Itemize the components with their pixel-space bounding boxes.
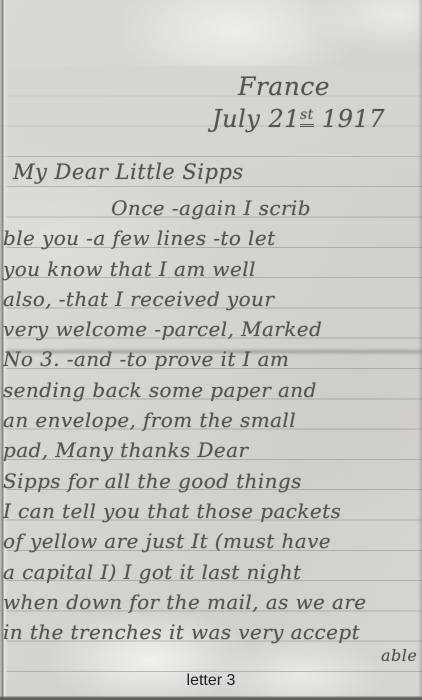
caption-text: letter 3	[0, 672, 422, 690]
letter-date-ordinal: st	[300, 107, 314, 127]
letter-line: I can tell you that those packets	[3, 496, 422, 526]
letter-line: pad, Many thanks Dear	[3, 435, 422, 465]
letter-date: July 21st 1917	[212, 105, 385, 133]
letter-line: of yellow are just It (must have	[3, 526, 422, 556]
letter-date-year: 1917	[314, 105, 385, 133]
carryover-word: able	[381, 646, 417, 665]
letter-date-day: July 21	[212, 105, 300, 133]
letter-line: ble you -a few lines -to let	[3, 223, 422, 253]
letter-line: in the trenches it was very accept	[3, 617, 422, 647]
letter-line: when down for the mail, as we are	[3, 587, 422, 617]
letter-body: Once -again I scribble you -a few lines …	[3, 193, 422, 647]
letter-salutation: My Dear Little Sipps	[13, 160, 244, 184]
letter-line: an envelope, from the small	[3, 405, 422, 435]
letter-place: France	[238, 72, 330, 101]
letter-line: sending back some paper and	[3, 375, 422, 405]
letter-line: Once -again I scrib	[3, 193, 422, 223]
letter-line: Sipps for all the good things	[3, 466, 422, 496]
letter-line: a capital I) I got it last night	[3, 557, 422, 587]
letter-line: you know that I am well	[3, 254, 422, 284]
letter-line: No 3. -and -to prove it I am	[3, 344, 422, 374]
scan-bottom-edge	[0, 696, 422, 700]
scanned-letter-page: France July 21st 1917 My Dear Little Sip…	[0, 0, 422, 700]
letter-line: also, -that I received your	[3, 284, 422, 314]
letter-line: very welcome -parcel, Marked	[3, 314, 422, 344]
